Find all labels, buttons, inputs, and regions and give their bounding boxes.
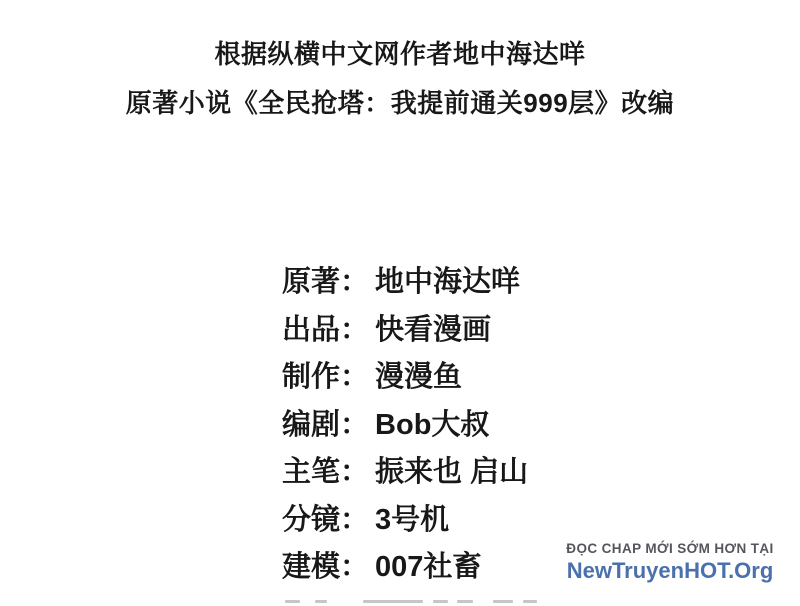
credit-label: 出品: [282, 314, 340, 346]
credit-value: 快看漫画: [375, 314, 491, 346]
credit-separator: ：: [340, 409, 369, 441]
credit-separator: ：: [340, 504, 369, 536]
site-watermark: ĐỌC CHAP MỚI SỚM HƠN TẠI NewTruyenHOT.Or…: [545, 541, 795, 584]
credit-label: 原著: [282, 266, 340, 298]
credit-separator: ：: [340, 314, 369, 346]
stroke-remnant: [493, 600, 513, 603]
credit-value: 地中海达咩: [375, 266, 520, 298]
credit-row-modeling: 建模：007社畜: [282, 544, 528, 592]
credit-label: 制作: [282, 361, 340, 393]
credit-row-screenwriter: 编剧：Bob大叔: [282, 402, 528, 450]
credit-value: Bob大叔: [375, 409, 489, 441]
stroke-remnant: [523, 600, 537, 603]
stroke-remnant: [433, 600, 448, 603]
credit-row-original-author: 原著：地中海达咩: [282, 259, 528, 307]
credits-list: 原著：地中海达咩 出品：快看漫画 制作：漫漫鱼 编剧：Bob大叔 主笔：振来也 …: [282, 259, 528, 592]
stroke-remnant: [285, 600, 300, 603]
credit-separator: ：: [340, 361, 369, 393]
adaptation-source-line: 根据纵横中文网作者地中海达咩: [0, 34, 800, 71]
credit-label: 主笔: [282, 456, 340, 488]
watermark-tagline: ĐỌC CHAP MỚI SỚM HƠN TẠI: [545, 541, 795, 556]
credit-label: 建模: [282, 551, 340, 583]
stroke-remnant: [363, 600, 423, 603]
credit-separator: ：: [340, 266, 369, 298]
credit-value: 3号机: [375, 504, 449, 536]
cropped-next-credit-line: [0, 600, 800, 606]
credit-separator: ：: [340, 551, 369, 583]
credit-row-producer: 出品：快看漫画: [282, 307, 528, 355]
credit-value: 007社畜: [375, 551, 481, 583]
credit-row-studio: 制作：漫漫鱼: [282, 354, 528, 402]
stroke-remnant: [315, 600, 327, 603]
credit-separator: ：: [340, 456, 369, 488]
watermark-site-name[interactable]: NewTruyenHOT.Org: [545, 558, 795, 584]
credit-value: 振来也 启山: [375, 456, 528, 488]
stroke-remnant: [457, 600, 473, 603]
original-novel-title-line: 原著小说《全民抢塔：我提前通关999层》改编: [0, 83, 800, 120]
credit-row-lead-artist: 主笔：振来也 启山: [282, 449, 528, 497]
credit-label: 分镜: [282, 504, 340, 536]
credit-row-storyboard: 分镜：3号机: [282, 497, 528, 545]
credit-label: 编剧: [282, 409, 340, 441]
credit-value: 漫漫鱼: [375, 361, 462, 393]
